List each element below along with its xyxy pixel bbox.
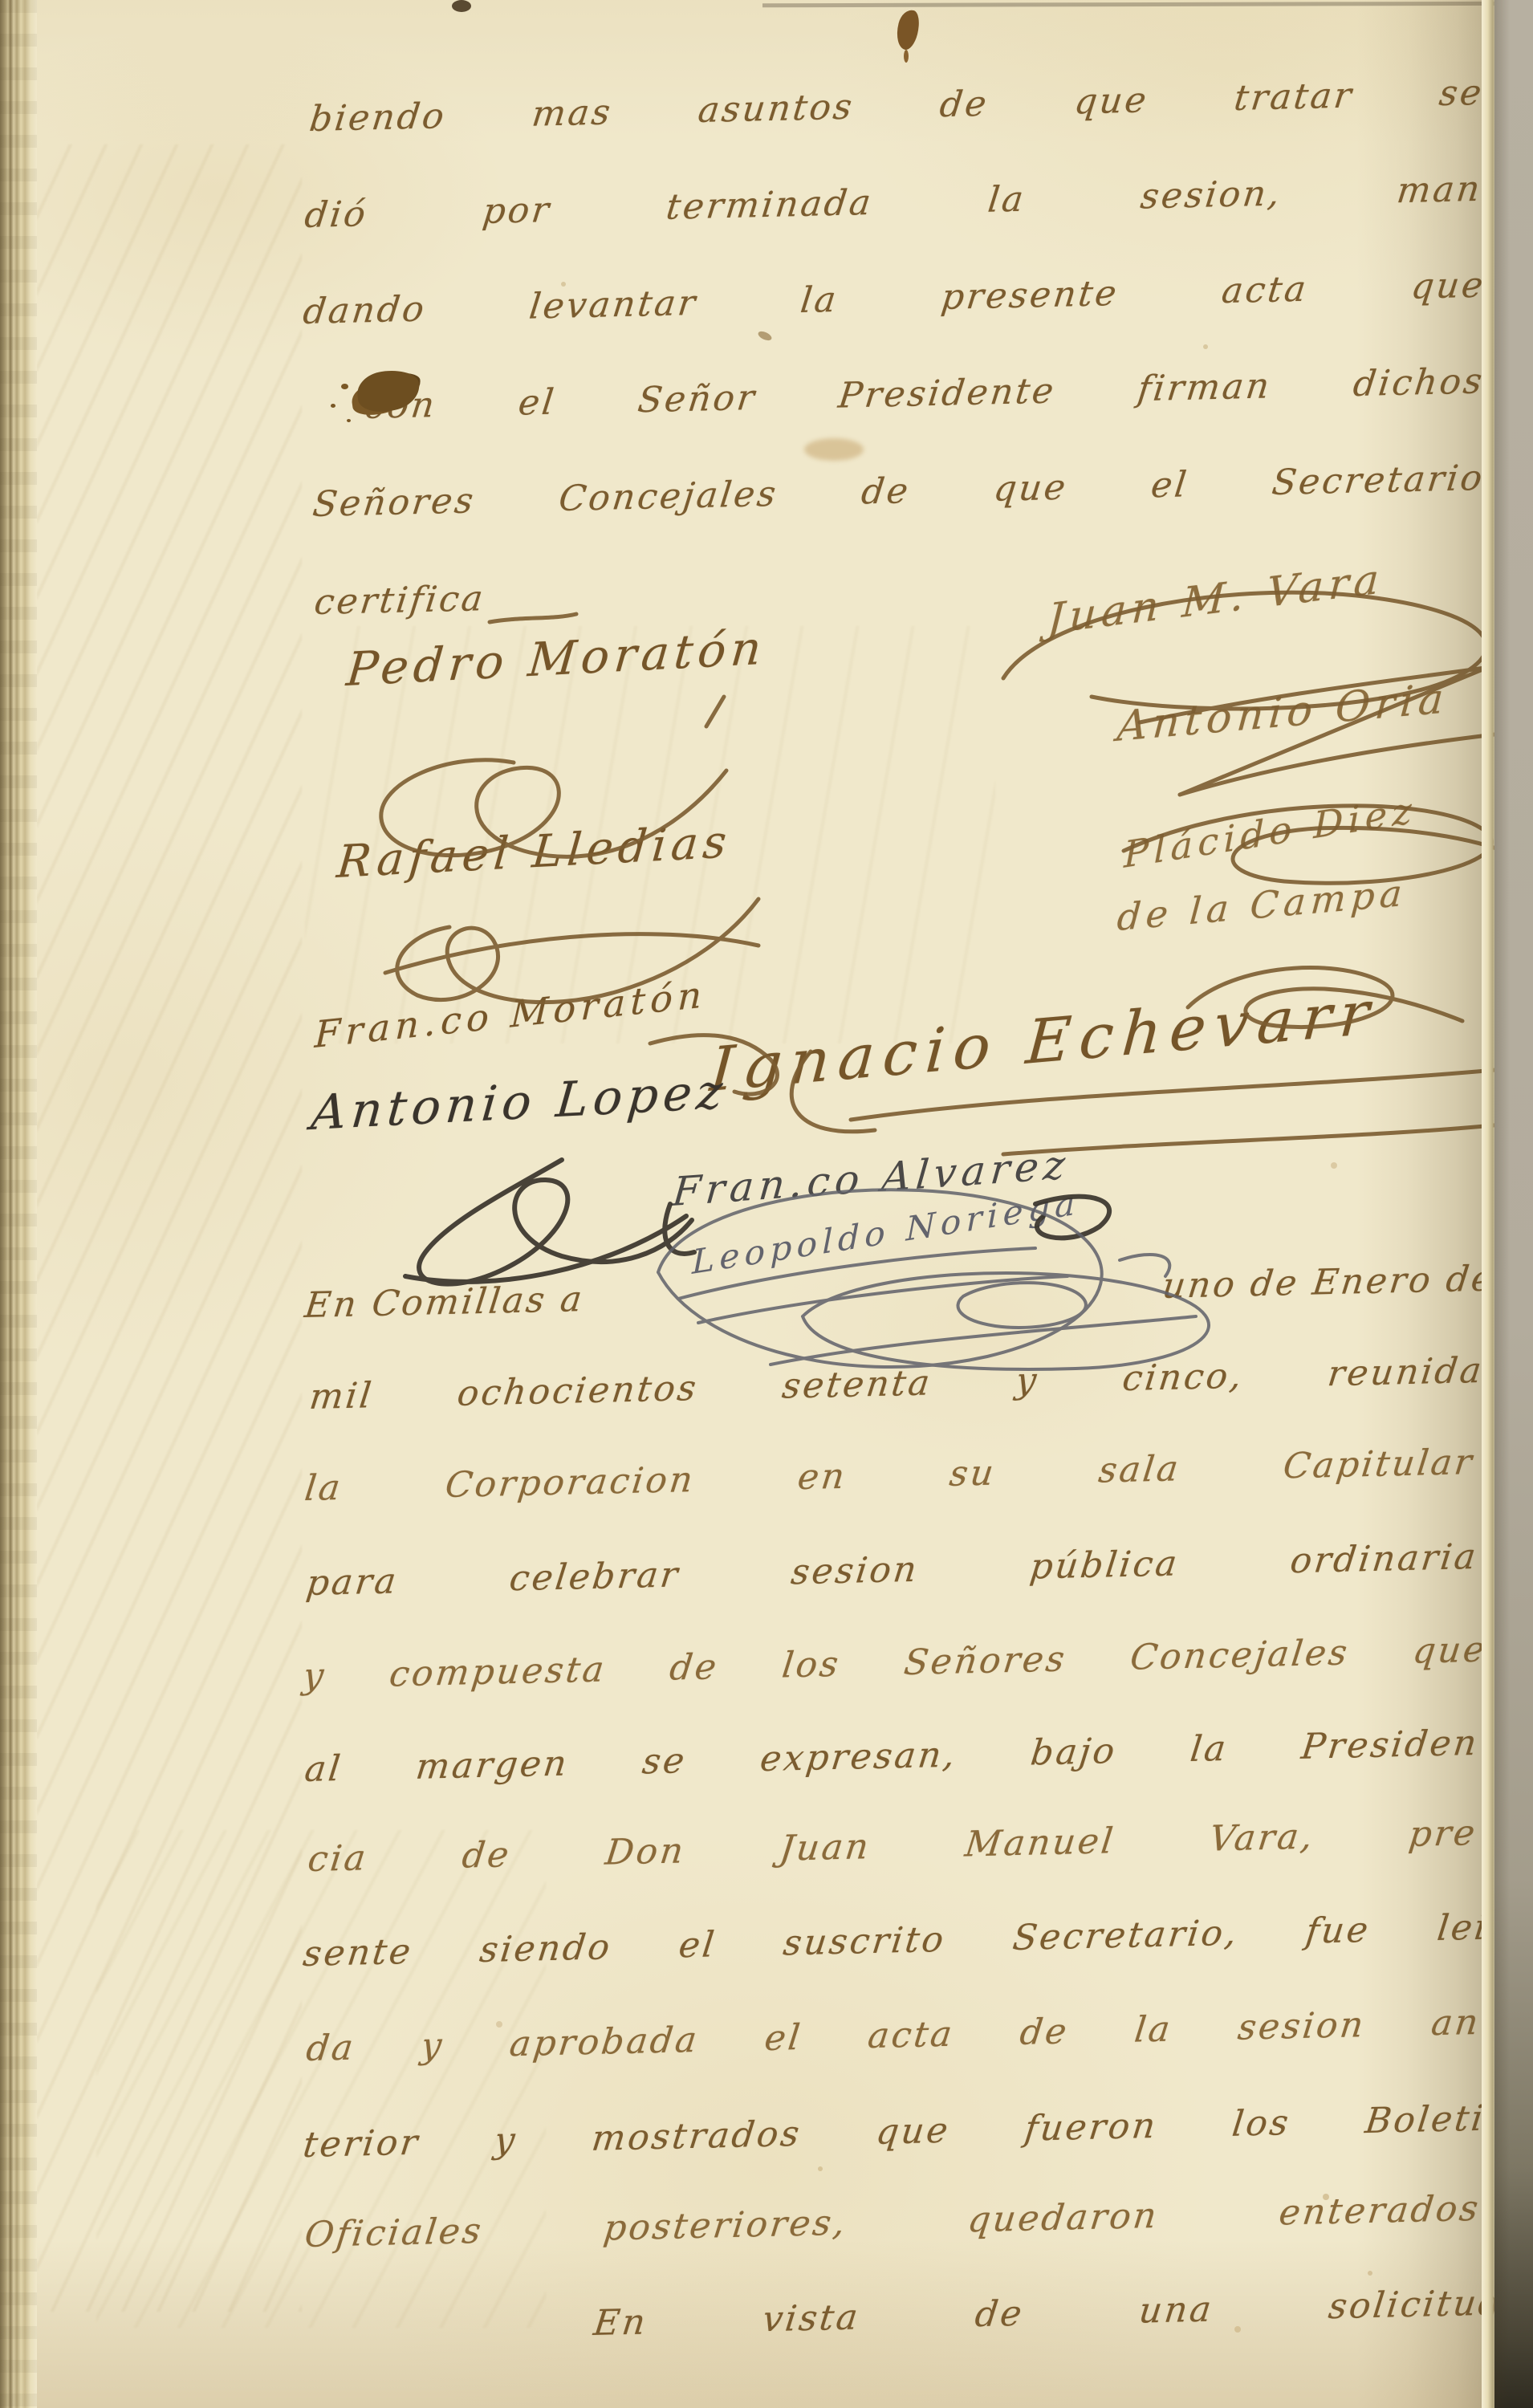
binding-deckle-edge: [0, 0, 37, 2408]
signature-ignacio-echevarria: Ignacio Echevarr: [708, 976, 1380, 1104]
manuscript-line: con el Señor Presidente firman dichos: [363, 358, 1487, 429]
date-line-suffix: uno de Enero de: [1160, 1255, 1498, 1309]
manuscript-line: dando levantar la presente acta que: [301, 262, 1488, 335]
signature-pedro-moraton: Pedro Moratón: [344, 620, 768, 697]
manuscript-line: terior y mostrados que fueron los Boleti: [301, 2096, 1488, 2168]
date-line-prefix: En Comillas a: [303, 1276, 587, 1328]
ink-speck: [347, 419, 351, 422]
manuscript-page: biendo mas asuntos de que tratar se dió …: [0, 0, 1533, 2408]
manuscript-line: cia de Don Juan Manuel Vara, pre: [306, 1810, 1480, 1882]
gutter-next-page: [1494, 0, 1533, 2408]
manuscript-line: mil ochocientos setenta y cinco, reunida: [307, 1348, 1486, 1420]
ink-blot: [893, 8, 922, 52]
manuscript-line: da y aprobada el acta de la sesion an: [304, 1999, 1483, 2072]
stain: [804, 438, 864, 461]
ink-spot: [452, 0, 471, 12]
signature-antonio-lopez: Antonio Lopez: [309, 1064, 730, 1141]
manuscript-line: sente siendo el suscrito Secretario, fue…: [301, 1905, 1491, 1978]
manuscript-line: para celebrar sesion pública ordinaria: [304, 1534, 1481, 1606]
signature-juan-m-vara: Juan M. Vara: [1046, 555, 1385, 644]
stain: [757, 330, 773, 343]
manuscript-date-line: En Comillas a uno de Enero de: [303, 1255, 1498, 1328]
manuscript-line-certifica: certifica: [312, 576, 488, 625]
manuscript-line: la Corporacion en su sala Capitular: [303, 1439, 1477, 1511]
signature-diez-line1: Plácido Diez: [1124, 788, 1417, 877]
ink-speck: [341, 384, 348, 389]
signature-fran-moraton: Fran.co Moratón: [314, 973, 707, 1056]
manuscript-line: y compuesta de los Señores Concejales qu…: [301, 1627, 1490, 1700]
ink-speck: [331, 404, 335, 408]
manuscript-line: al margen se expresan, bajo la Presiden: [303, 1720, 1482, 1792]
showthrough-strokes: [37, 144, 302, 2312]
ink-speck: [904, 50, 909, 63]
date-line-strikeout-gap: [583, 1298, 1161, 1311]
signature-antonio-oria: Antonio Oria: [1116, 675, 1450, 751]
signature-diez-line2: de la Campa: [1116, 871, 1409, 939]
manuscript-line: biendo mas asuntos de que tratar se: [307, 70, 1486, 142]
manuscript-line: Oficiales posteriores, quedaron enterado…: [303, 2186, 1483, 2258]
scan-edge-line: [762, 2, 1533, 8]
manuscript-line: Señores Concejales de que el Secretario: [311, 455, 1487, 527]
signature-rafael-lledias: Rafael Lledias: [335, 816, 734, 889]
manuscript-line-new-paragraph: En vista de una solicitud: [592, 2280, 1507, 2346]
manuscript-line: dió por terminada la sesion, man: [303, 166, 1485, 238]
page-edge: [1482, 0, 1495, 2408]
